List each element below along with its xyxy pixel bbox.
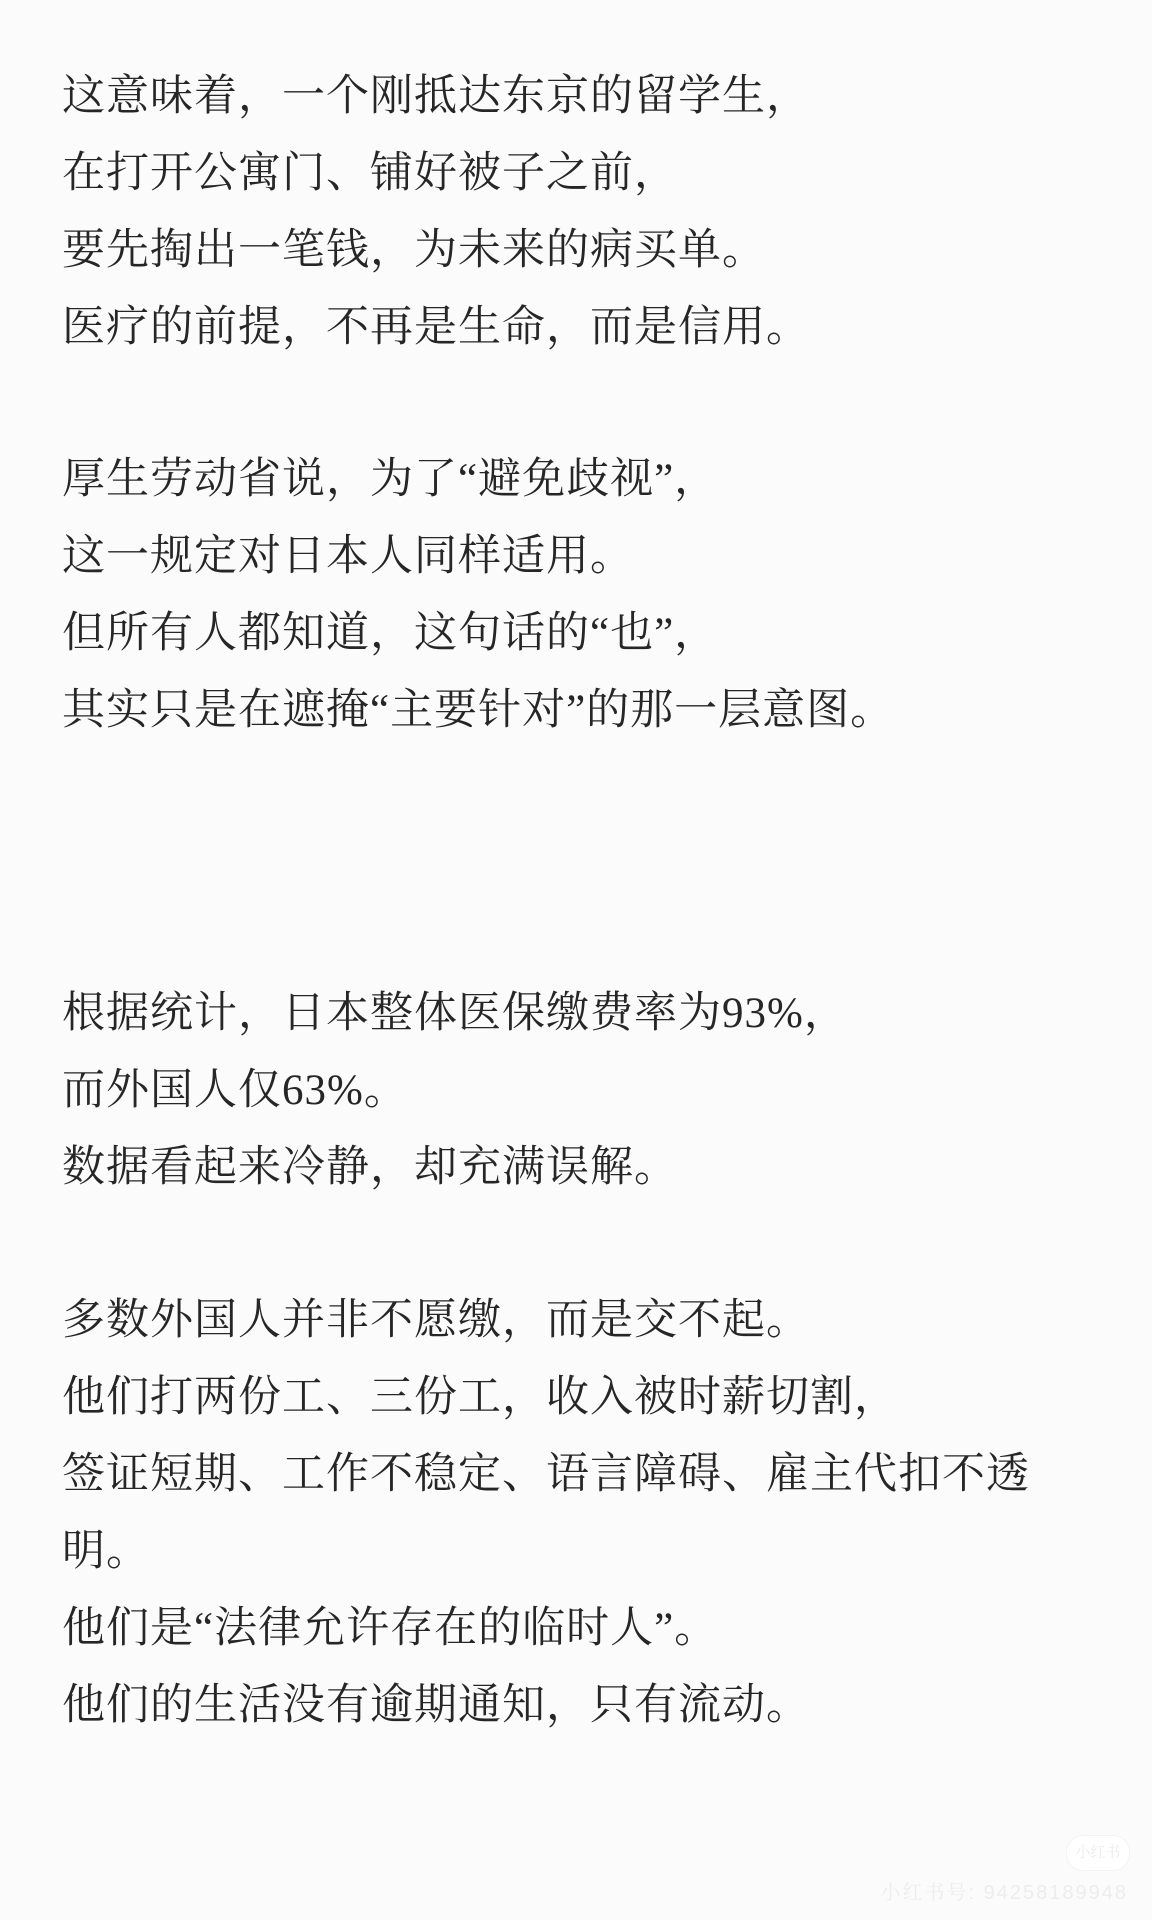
page: 这意味着，一个刚抵达东京的留学生， 在打开公寓门、铺好被子之前， 要先掏出一笔钱… — [0, 0, 1152, 1920]
text-line: 在打开公寓门、铺好被子之前， — [62, 135, 1122, 212]
text-line: 这一规定对日本人同样适用。 — [62, 518, 1122, 595]
text-line: 这意味着，一个刚抵达东京的留学生， — [62, 58, 1122, 135]
text-line: 多数外国人并非不愿缴，而是交不起。 — [62, 1282, 1122, 1359]
text-line: 但所有人都知道，这句话的“也”， — [62, 595, 1122, 672]
text-line: 数据看起来冷静，却充满误解。 — [62, 1129, 1122, 1206]
article-text: 这意味着，一个刚抵达东京的留学生， 在打开公寓门、铺好被子之前， 要先掏出一笔钱… — [62, 58, 1122, 1744]
text-line: 医疗的前提，不再是生命，而是信用。 — [62, 289, 1122, 366]
paragraph-2: 厚生劳动省说，为了“避免歧视”， 这一规定对日本人同样适用。 但所有人都知道，这… — [62, 441, 1122, 749]
text-line: 根据统计，日本整体医保缴费率为93%， — [62, 975, 1122, 1052]
text-line: 厚生劳动省说，为了“避免歧视”， — [62, 441, 1122, 518]
text-line: 明。 — [62, 1513, 1122, 1590]
paragraph-4: 多数外国人并非不愿缴，而是交不起。 他们打两份工、三份工，收入被时薪切割， 签证… — [62, 1282, 1122, 1744]
text-line: 他们是“法律允许存在的临时人”。 — [62, 1590, 1122, 1667]
text-line: 而外国人仅63%。 — [62, 1052, 1122, 1129]
paragraph-3: 根据统计，日本整体医保缴费率为93%， 而外国人仅63%。 数据看起来冷静，却充… — [62, 975, 1122, 1206]
text-line: 要先掏出一笔钱，为未来的病买单。 — [62, 212, 1122, 289]
xiaohongshu-id-watermark: 小红书号: 94258189948 — [881, 1876, 1128, 1905]
text-line: 签证短期、工作不稳定、语言障碍、雇主代扣不透 — [62, 1436, 1122, 1513]
xiaohongshu-logo-watermark: 小红书 — [1066, 1835, 1130, 1871]
text-line: 他们打两份工、三份工，收入被时薪切割， — [62, 1359, 1122, 1436]
paragraph-1: 这意味着，一个刚抵达东京的留学生， 在打开公寓门、铺好被子之前， 要先掏出一笔钱… — [62, 58, 1122, 366]
text-line: 他们的生活没有逾期通知，只有流动。 — [62, 1667, 1122, 1744]
text-line: 其实只是在遮掩“主要针对”的那一层意图。 — [62, 672, 1122, 749]
